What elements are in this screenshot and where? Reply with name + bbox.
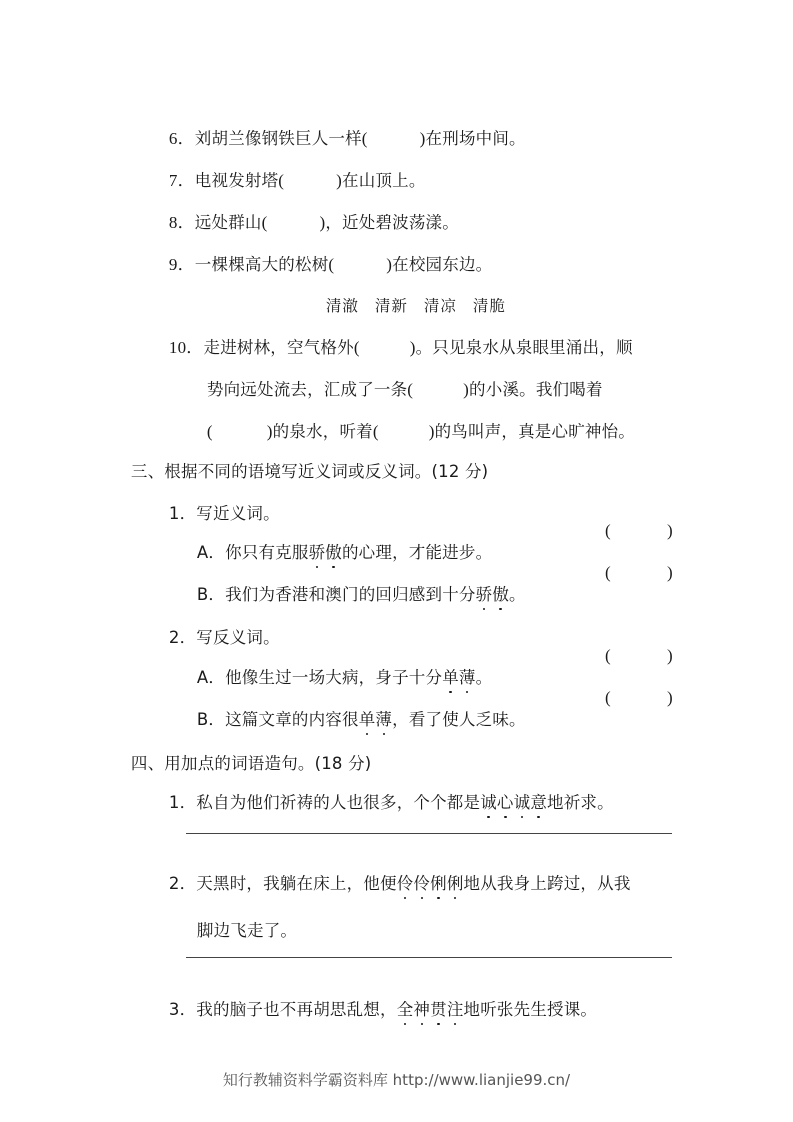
answer-paren-close[interactable]: ): [667, 520, 673, 542]
emphasis-char: 诚: [480, 792, 497, 814]
emphasis-char: 骄: [476, 584, 493, 606]
answer-line[interactable]: [186, 957, 672, 958]
answer-paren-open: (: [605, 687, 611, 709]
item-9: 9．一棵棵高大的松树()在校园东边。: [158, 232, 492, 276]
item-6: 6．刘胡兰像钢铁巨人一样()在刑场中间。: [158, 106, 526, 150]
item-7: 7．电视发射塔()在山顶上。: [158, 148, 426, 192]
item-10-line-2: 势向远处流去，汇成了一条()的小溪。我们喝着: [196, 357, 603, 401]
section-4-q3: 3．我的脑子也不再胡思乱想，全神贯注地听张先生授课。: [158, 977, 597, 1021]
emphasis-char: 单: [359, 709, 376, 731]
answer-paren-open: (: [605, 520, 611, 542]
section-3-title: 三、根据不同的语境写近义词或反义词。(12 分): [120, 439, 488, 483]
emphasis-char: 单: [442, 667, 459, 689]
answer-paren-close[interactable]: ): [667, 687, 673, 709]
emphasis-char: 意: [530, 792, 547, 814]
section-3-q1-b: B．我们为香港和澳门的回归感到十分骄傲。: [186, 562, 526, 606]
section-4-q1: 1．私自为他们祈祷的人也很多，个个都是诚心诚意地祈求。: [158, 770, 614, 814]
section-3-q1-a: A．你只有克服骄傲的心理，才能进步。: [186, 520, 492, 564]
section-4-q2-line-2: 脚边飞走了。: [186, 898, 297, 942]
section-3-q1-label: 1．写近义词。: [158, 481, 280, 525]
emphasis-char: 贯: [430, 999, 447, 1021]
answer-paren-close[interactable]: ): [667, 562, 673, 584]
emphasis-char: 薄: [375, 709, 392, 731]
emphasis-char: 傲: [492, 584, 509, 606]
section-3-q2-label: 2．写反义词。: [158, 605, 280, 649]
emphasis-char: 傲: [325, 542, 342, 564]
word-bank: 清澈清新清凉清脆: [314, 273, 506, 317]
emphasis-char: 全: [397, 999, 414, 1021]
answer-paren-close[interactable]: ): [667, 645, 673, 667]
section-3-q2-b: B．这篇文章的内容很单薄，看了使人乏味。: [186, 687, 526, 731]
emphasis-char: 俐: [430, 873, 447, 895]
emphasis-char: 骄: [309, 542, 326, 564]
emphasis-char: 伶: [397, 873, 414, 895]
dotted-word: 骄傲: [309, 543, 342, 562]
answer-line[interactable]: [186, 833, 672, 834]
item-10-line-1: 10．走进树林，空气格外()。只见泉水从泉眼里涌出，顺: [158, 315, 633, 359]
item-8: 8．远处群山()，近处碧波荡漾。: [158, 190, 459, 234]
emphasis-char: 薄: [459, 667, 476, 689]
section-4-q2-line-1: 2．天黑时，我躺在床上，他便伶伶俐俐地从我身上跨过，从我: [158, 851, 631, 895]
emphasis-char: 俐: [447, 873, 464, 895]
section-4-title: 四、用加点的词语造句。(18 分): [120, 731, 371, 775]
emphasis-char: 注: [447, 999, 464, 1021]
emphasis-char: 伶: [413, 873, 430, 895]
emphasis-char: 神: [413, 999, 430, 1021]
footer-watermark: 知行教辅资料学霸资料库 http://www.lianjie99.cn/: [0, 1069, 793, 1090]
emphasis-char: 诚: [514, 792, 531, 814]
section-3-q2-a: A．他像生过一场大病，身子十分单薄。: [186, 645, 492, 689]
emphasis-char: 心: [497, 792, 514, 814]
answer-paren-open: (: [605, 562, 611, 584]
answer-paren-open: (: [605, 645, 611, 667]
item-10-line-3: ()的泉水，听着()的鸟叫声，真是心旷神怡。: [196, 399, 635, 443]
